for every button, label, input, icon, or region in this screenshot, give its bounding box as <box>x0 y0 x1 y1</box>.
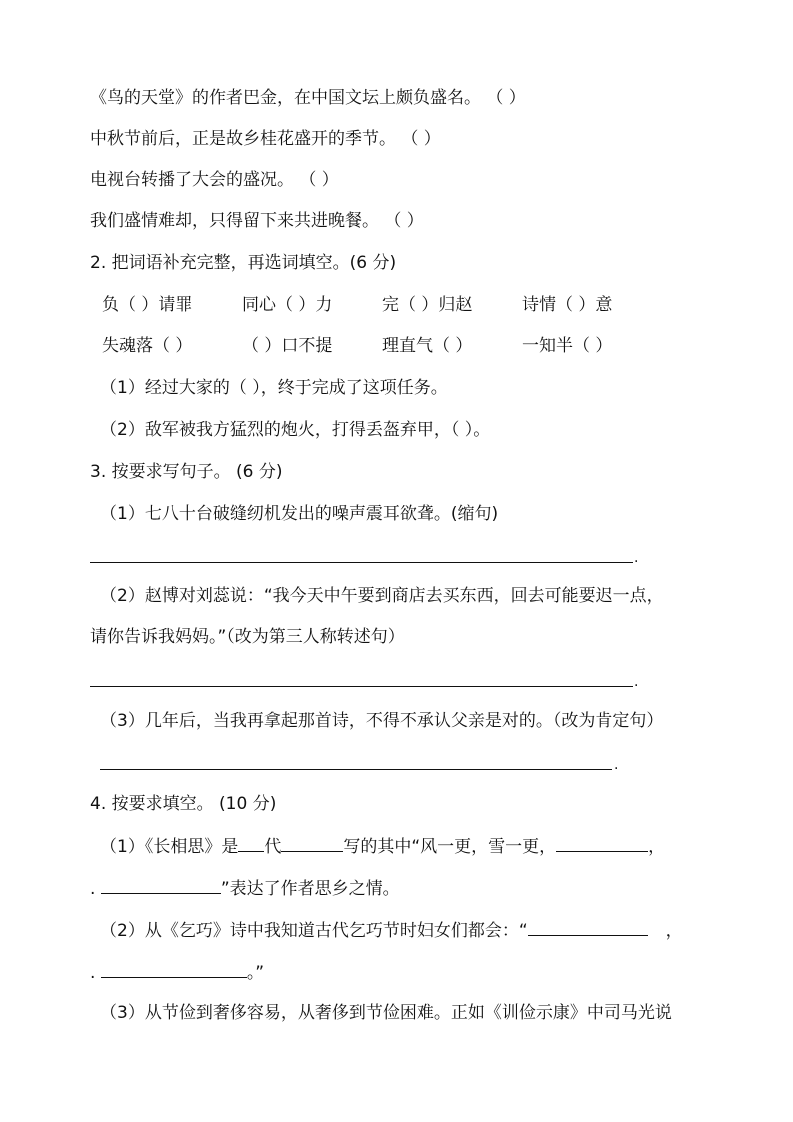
q4-sentence-2: （2）从《乞巧》诗中我知道古代乞巧节时妇女们都会：“， <box>100 919 683 942</box>
q2-sentence-2[interactable]: （2）敌军被我方猛烈的炮火，打得丢盔弃甲，（ ）。 <box>100 419 490 441</box>
idiom-6[interactable]: （ ）口不提 <box>242 335 332 357</box>
idiom-7[interactable]: 理直气（ ） <box>382 335 472 357</box>
q4-sentence-1-line2: . ”表达了作者思乡之情。 <box>90 877 400 900</box>
line-end-dot: . <box>614 757 618 773</box>
idiom-4[interactable]: 诗情（ ）意 <box>522 294 612 316</box>
judge-item-4: 我们盛情难却，只得留下来共进晚餐。 （ ） <box>90 210 424 232</box>
blank-poem-line-2[interactable] <box>101 877 221 894</box>
q4-heading: 4. 按要求填空。 (10 分) <box>90 793 276 815</box>
answer-paren[interactable]: （ ） <box>384 211 423 231</box>
answer-paren[interactable]: （ ） <box>299 170 338 190</box>
blank-qiqiao-1[interactable] <box>528 919 648 936</box>
judge-item-text: 电视台转播了大会的盛况。 <box>90 170 294 190</box>
answer-line-3[interactable] <box>100 769 612 770</box>
answer-line-2[interactable] <box>90 686 633 687</box>
line-end-dot: . <box>634 550 638 566</box>
idiom-5[interactable]: 失魂落（ ） <box>102 335 192 357</box>
judge-item-3: 电视台转播了大会的盛况。 （ ） <box>90 169 339 191</box>
answer-line-1[interactable] <box>90 562 633 563</box>
answer-paren[interactable]: （ ） <box>486 88 525 108</box>
line-end-dot: . <box>634 674 638 690</box>
idiom-3[interactable]: 完（ ）归赵 <box>382 294 472 316</box>
q3-sentence-3: （3）几年后，当我再拿起那首诗，不得不承认父亲是对的。（改为肯定句） <box>100 710 663 732</box>
judge-item-text: 《鸟的天堂》的作者巴金，在中国文坛上颇负盛名。 <box>90 88 481 108</box>
q2-heading: 2. 把词语补充完整，再选词填空。(6 分) <box>90 252 396 274</box>
q4-sentence-2-line2: . 。” <box>90 961 264 984</box>
q3-heading: 3. 按要求写句子。 (6 分) <box>90 461 283 483</box>
judge-item-1: 《鸟的天堂》的作者巴金，在中国文坛上颇负盛名。 （ ） <box>90 87 526 109</box>
blank-qiqiao-2[interactable] <box>101 961 247 978</box>
judge-item-2: 中秋节前后，正是故乡桂花盛开的季节。 （ ） <box>90 128 441 150</box>
idiom-8[interactable]: 一知半（ ） <box>522 335 612 357</box>
judge-item-text: 我们盛情难却，只得留下来共进晚餐。 <box>90 211 379 231</box>
idiom-1[interactable]: 负（ ）请罪 <box>102 294 192 316</box>
q3-sentence-2-line1: （2）赵博对刘蕊说：“我今天中午要到商店去买东西，回去可能要迟一点， <box>100 585 664 607</box>
q3-sentence-2-line2: 请你告诉我妈妈。”（改为第三人称转述句） <box>90 626 405 648</box>
blank-dynasty[interactable] <box>238 835 264 852</box>
answer-paren[interactable]: （ ） <box>401 129 440 149</box>
blank-author[interactable] <box>281 835 343 852</box>
q4-sentence-1: （1）《长相思》是代写的其中“风一更，雪一更，， <box>100 835 665 858</box>
q2-sentence-1[interactable]: （1）经过大家的（ ），终于完成了这项任务。 <box>100 377 448 399</box>
q3-sentence-1: （1）七八十台破缝纫机发出的噪声震耳欲聋。(缩句) <box>100 503 498 525</box>
judge-item-text: 中秋节前后，正是故乡桂花盛开的季节。 <box>90 129 396 149</box>
idiom-2[interactable]: 同心（ ）力 <box>242 294 332 316</box>
q4-sentence-3: （3）从节俭到奢侈容易，从奢侈到节俭困难。正如《训俭示康》中司马光说 <box>100 1002 672 1024</box>
blank-poem-line-1[interactable] <box>556 835 648 852</box>
